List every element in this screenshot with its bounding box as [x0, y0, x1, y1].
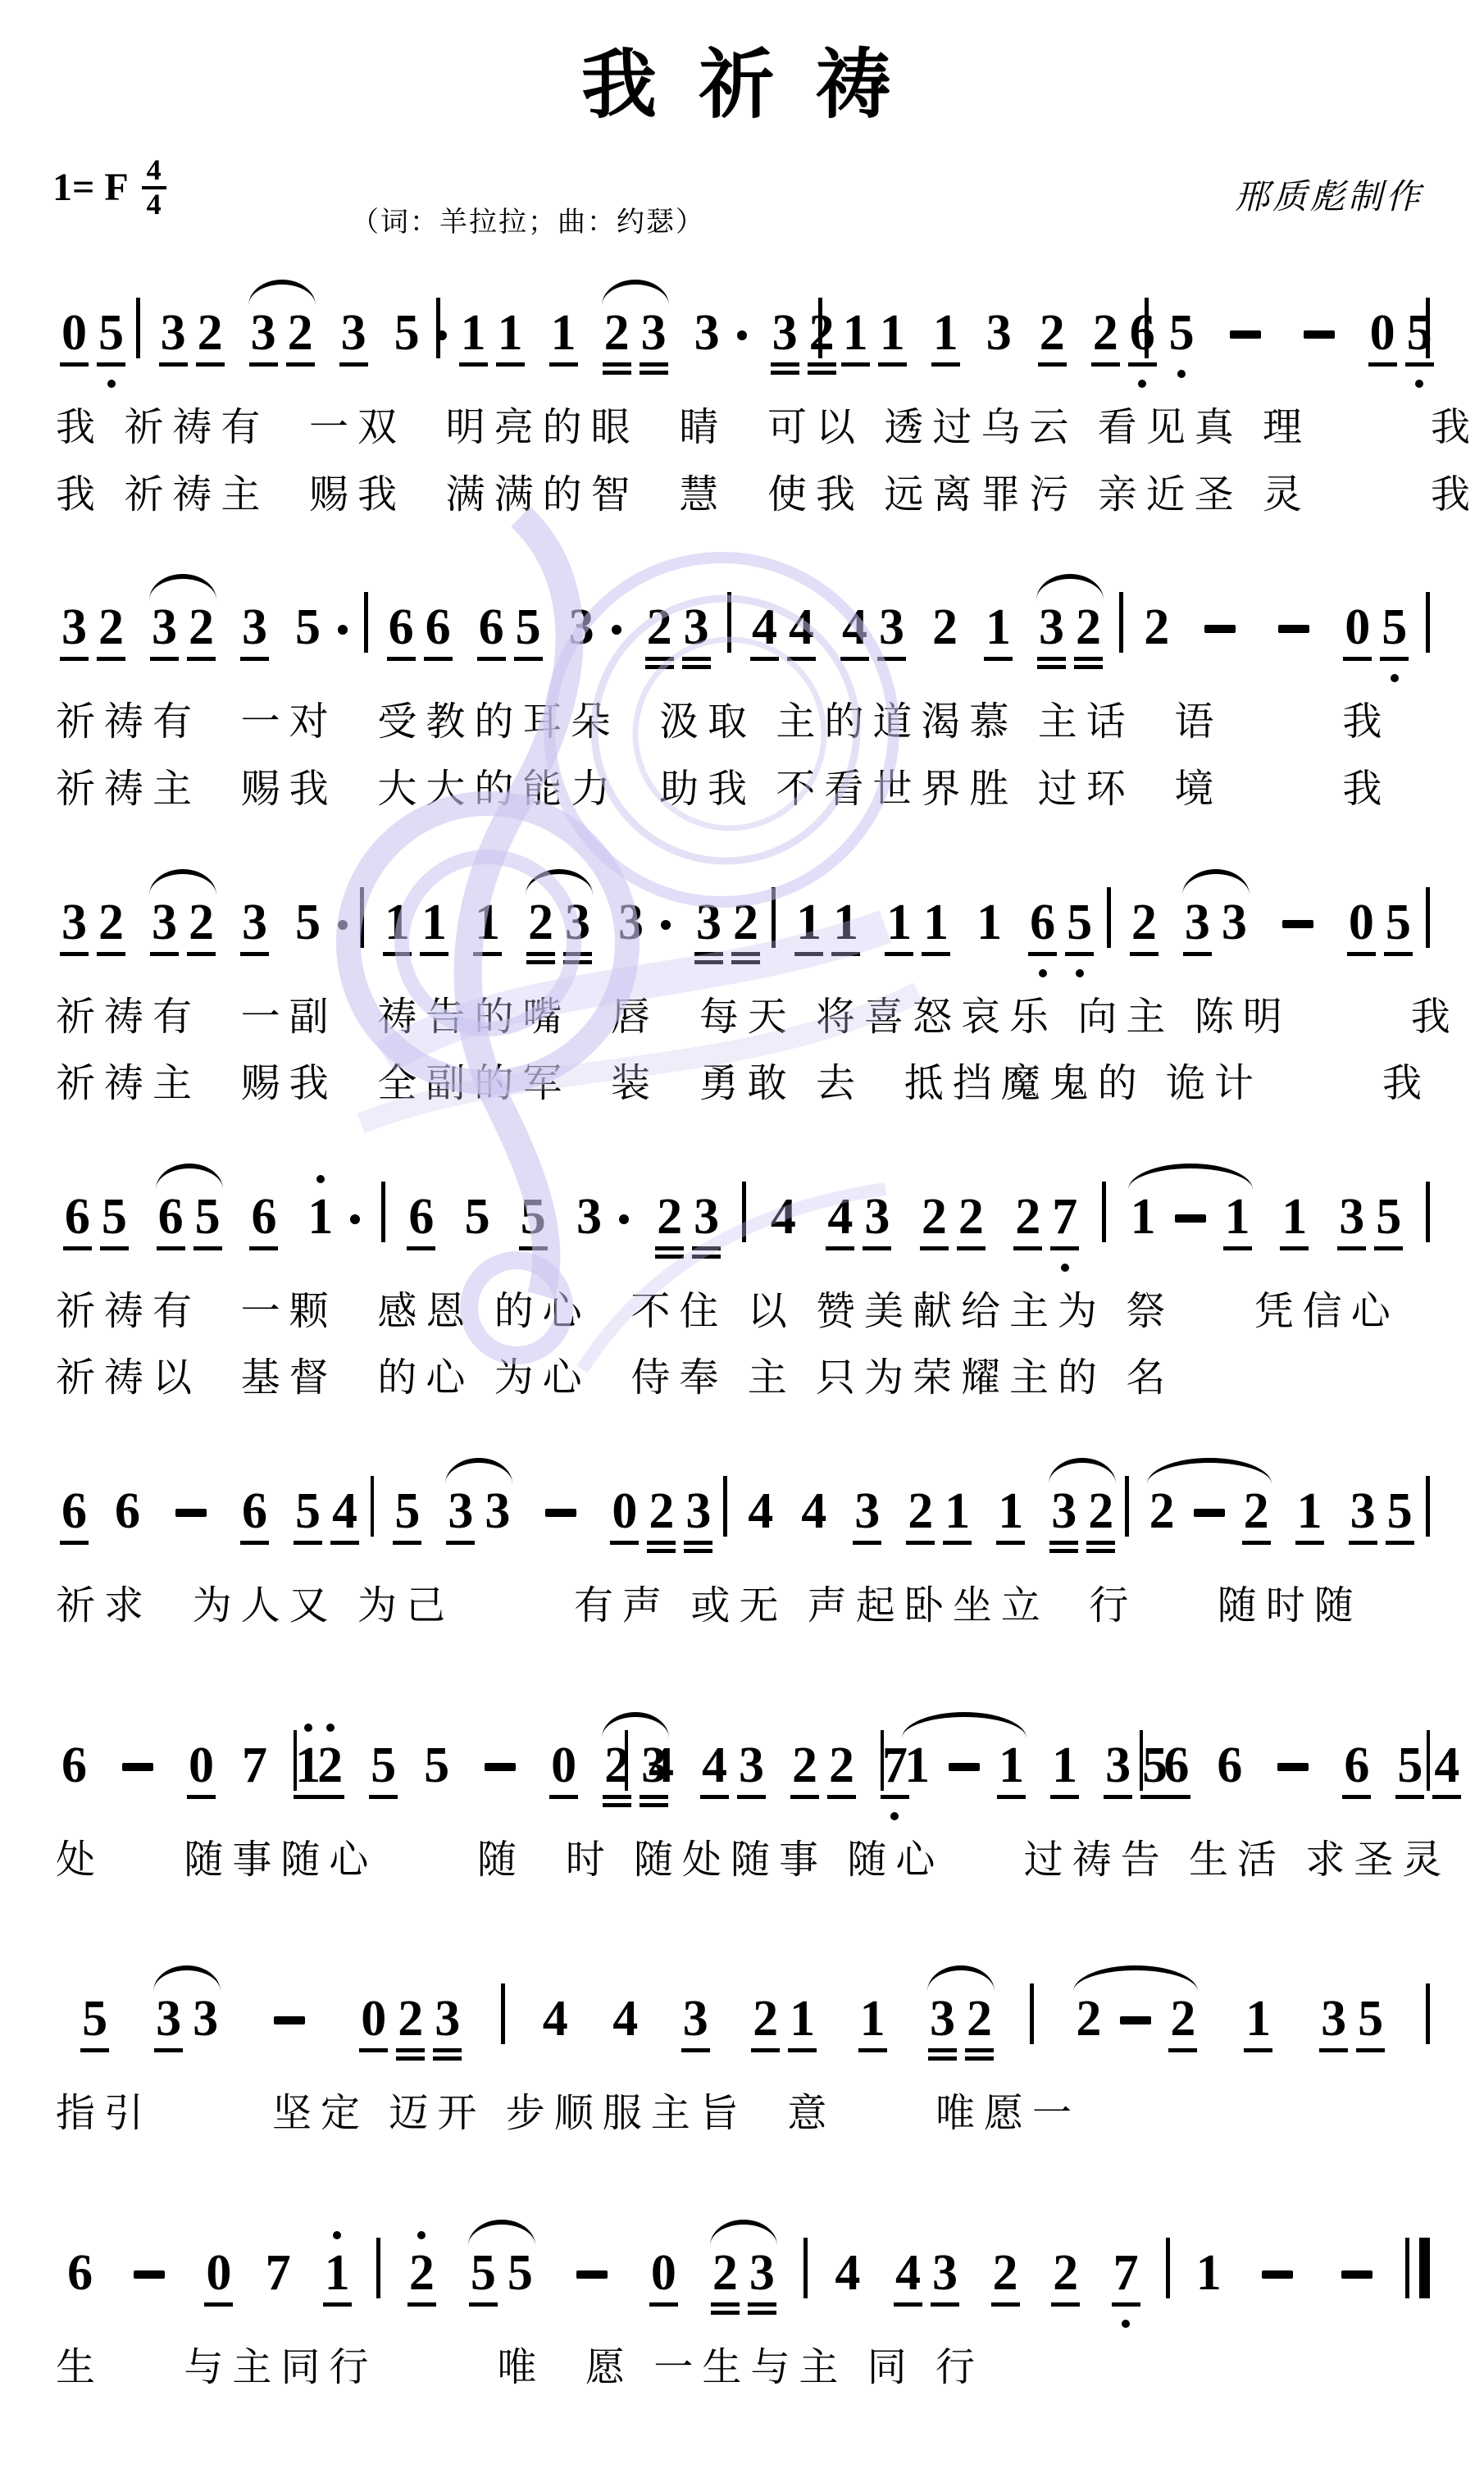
- note-group: [471, 1763, 529, 1791]
- note-number: 3: [152, 897, 177, 948]
- score-line: 656561655323443222711135祈祷有 一颗 感恩 的心 不住 …: [48, 1139, 1436, 1412]
- note: 1: [833, 897, 858, 948]
- note: 2: [649, 1486, 674, 1537]
- note: 3: [932, 2248, 958, 2298]
- note: 5: [1067, 897, 1092, 948]
- note-group: 1: [319, 2248, 356, 2298]
- note-number: 4: [702, 1740, 727, 1791]
- barline: [136, 298, 140, 358]
- note: 1: [843, 307, 868, 358]
- underline: [80, 2048, 109, 2052]
- note-number: 2: [604, 1740, 630, 1791]
- note-number: 6: [1030, 897, 1055, 948]
- note-group: [109, 1763, 166, 1791]
- note-number: 3: [685, 1486, 711, 1537]
- note-number: 4: [748, 1486, 773, 1537]
- measure: 11135: [1113, 1191, 1419, 1242]
- slur-group: 23: [707, 2248, 781, 2298]
- note: 0: [612, 1486, 637, 1537]
- underline: [640, 1795, 668, 1799]
- note: 6: [426, 602, 451, 653]
- underline: [383, 952, 412, 956]
- measure: 44432132: [738, 602, 1113, 653]
- note-number: 1: [307, 1191, 333, 1242]
- note-number: 2: [922, 1191, 947, 1242]
- note-number: 6: [408, 1191, 434, 1242]
- measure: 22135: [1136, 1486, 1420, 1537]
- note-number: 0: [612, 1486, 637, 1537]
- underline: [787, 657, 816, 661]
- note: 1: [385, 897, 410, 948]
- note: 1: [998, 1486, 1023, 1537]
- underline: [323, 2302, 352, 2307]
- note-group: [1217, 330, 1274, 358]
- note: 5: [1382, 602, 1407, 653]
- note-number: 2: [647, 602, 672, 653]
- barline: [501, 1983, 505, 2044]
- underline: [1028, 952, 1057, 956]
- note-group: 32: [690, 897, 764, 948]
- note: 3: [1350, 1486, 1376, 1537]
- underline-2: [655, 1255, 684, 1259]
- note: 5: [521, 1191, 546, 1242]
- underline: [1356, 2048, 1385, 2052]
- measure: 656561: [48, 1191, 375, 1242]
- underline: [396, 2048, 425, 2052]
- note-number: 1: [1196, 2248, 1222, 2298]
- note: 6: [1030, 897, 1055, 948]
- note-group: 32: [767, 307, 840, 358]
- underline: [549, 1795, 578, 1799]
- note-number: 5: [82, 1993, 107, 2044]
- low-octave-dot: [890, 1812, 899, 1820]
- note: 2: [1093, 307, 1118, 358]
- underline: [97, 362, 125, 367]
- barline: [1426, 1983, 1430, 2044]
- note-number: 2: [1131, 897, 1157, 948]
- slur-group: 23: [599, 307, 672, 358]
- underline: [751, 2048, 780, 2052]
- note-number: 3: [1222, 897, 1247, 948]
- slur-group: 32: [146, 897, 220, 948]
- underline: [387, 657, 416, 661]
- underline: [1037, 657, 1066, 661]
- augmentation-dot: [338, 625, 348, 635]
- underline: [931, 2302, 959, 2307]
- note-number: 1: [1297, 1486, 1322, 1537]
- augmentation-dot: [661, 920, 671, 930]
- note: 1: [1297, 1486, 1322, 1537]
- note-group: 4: [765, 1191, 802, 1242]
- note: 3: [864, 1191, 890, 1242]
- note-number: 5: [1169, 307, 1195, 358]
- underline-2: [748, 2311, 776, 2315]
- underline: [943, 1541, 972, 1545]
- notation-row: 5330234432113222135: [48, 1941, 1436, 2080]
- note-number: 6: [61, 1740, 87, 1791]
- note-group: 43: [836, 602, 910, 653]
- note-number: 3: [435, 1993, 460, 2044]
- note-group: [1291, 330, 1348, 358]
- note-number: 1: [1281, 1191, 1307, 1242]
- slur-group: 33: [442, 1486, 516, 1537]
- dash-note: [1120, 2016, 1151, 2024]
- note: 3: [694, 307, 720, 358]
- underline: [1337, 1246, 1366, 1250]
- note-group: 21: [747, 1993, 821, 2044]
- note: 5: [371, 1740, 396, 1791]
- underline: [1380, 657, 1409, 661]
- notation-row: 666545330234432113222135: [48, 1433, 1436, 1573]
- underline-2: [563, 960, 592, 964]
- note-group: 3: [563, 602, 625, 653]
- note-number: 3: [694, 1191, 719, 1242]
- note-number: 5: [1067, 897, 1092, 948]
- note: 4: [789, 602, 814, 653]
- note: 3: [193, 1993, 218, 2044]
- note-group: 1: [854, 1993, 891, 2044]
- note: 6: [61, 1486, 87, 1537]
- note-group: 11: [881, 897, 954, 948]
- underline: [1280, 1246, 1309, 1250]
- note: 3: [242, 897, 267, 948]
- note-group: 05: [1364, 307, 1438, 358]
- measure: 22135: [1040, 1993, 1419, 2044]
- note: 3: [986, 307, 1012, 358]
- underline: [649, 2302, 678, 2307]
- note-number: 3: [193, 1993, 218, 2044]
- notation-row: 323235666532344432132205: [48, 549, 1436, 689]
- note-number: 2: [189, 602, 214, 653]
- underline: [996, 1541, 1025, 1545]
- underline: [885, 952, 913, 956]
- underline: [853, 1541, 881, 1545]
- note: 3: [61, 602, 87, 653]
- note-number: 6: [65, 1191, 90, 1242]
- underline-2: [928, 2056, 957, 2061]
- note: 3: [152, 897, 177, 948]
- barline: [723, 1476, 727, 1537]
- barline: [376, 2238, 380, 2298]
- note: 6: [1217, 1740, 1242, 1791]
- note-group: 6: [236, 1486, 273, 1537]
- note-number: 6: [389, 602, 414, 653]
- note-group: 0: [200, 2248, 237, 2298]
- note: 1: [933, 307, 958, 358]
- note: 5: [516, 602, 541, 653]
- low-octave-dot: [1039, 969, 1047, 977]
- note: 2: [1088, 1486, 1113, 1537]
- note-group: 2: [1047, 2248, 1084, 2298]
- underline: [790, 1795, 819, 1799]
- note: 5: [82, 1993, 107, 2044]
- note-number: 2: [649, 1486, 674, 1537]
- note-group: 2: [312, 1740, 348, 1791]
- note-number: 3: [772, 307, 798, 358]
- note-number: 1: [461, 307, 486, 358]
- note: 2: [1244, 1486, 1269, 1537]
- note: 2: [189, 897, 214, 948]
- underline: [446, 1541, 475, 1545]
- note: 3: [1185, 897, 1210, 948]
- note: 1: [421, 897, 447, 948]
- note: 1: [986, 602, 1011, 653]
- note: 2: [288, 307, 313, 358]
- underline: [1384, 952, 1413, 956]
- score: 05323235111233321113226505我 祈祷有 一双 明亮的眼 …: [48, 255, 1436, 2401]
- underline: [1374, 1246, 1403, 1250]
- note-group: 43: [822, 1191, 895, 1242]
- note-number: 4: [801, 1486, 826, 1537]
- underline: [711, 2302, 740, 2307]
- note-group: 43: [890, 2248, 963, 2298]
- underline: [928, 2048, 957, 2052]
- note-group: 0: [545, 1740, 582, 1791]
- underline-2: [684, 1549, 712, 1553]
- note-number: 1: [796, 897, 822, 948]
- note-number: 2: [657, 1191, 682, 1242]
- note: 4: [702, 1740, 727, 1791]
- barline: [1166, 2238, 1170, 2298]
- note: 4: [801, 1486, 826, 1537]
- note-group: 1: [980, 602, 1017, 653]
- underline-2: [771, 371, 799, 375]
- underline: [863, 1246, 891, 1250]
- note-group: 6: [1211, 1740, 1248, 1791]
- measure: 11123332: [371, 897, 765, 948]
- note: 7: [242, 1740, 267, 1791]
- note: 2: [1144, 602, 1169, 653]
- note-group: [563, 2270, 621, 2298]
- note-group: 65: [1024, 897, 1098, 948]
- augmentation-dot: [737, 330, 747, 340]
- measure: 443227: [814, 2248, 1159, 2298]
- slur-group: 23: [522, 897, 596, 948]
- underline-2: [645, 665, 674, 669]
- dash-note: [485, 1763, 516, 1771]
- note-number: 3: [854, 1486, 880, 1537]
- note-number: 6: [115, 1486, 140, 1537]
- note: 5: [1169, 307, 1195, 358]
- note: 4: [835, 2248, 860, 2298]
- note-number: 1: [998, 1486, 1023, 1537]
- underline: [640, 362, 668, 367]
- note-number: 5: [521, 1191, 546, 1242]
- note: 3: [569, 602, 594, 653]
- slur-group: 22: [1070, 1993, 1201, 2044]
- note-number: 5: [1407, 307, 1432, 358]
- note: 1: [1131, 1191, 1156, 1242]
- underline: [519, 1246, 548, 1250]
- note: 4: [612, 1993, 638, 2044]
- dash-note: [134, 2270, 165, 2279]
- underline: [469, 2302, 498, 2307]
- note-group: 1: [927, 307, 964, 358]
- underline: [1168, 2048, 1197, 2052]
- underline: [1091, 362, 1120, 367]
- underline-2: [1049, 1549, 1078, 1553]
- note: 3: [242, 602, 267, 653]
- note-number: 3: [565, 897, 590, 948]
- note: 5: [1387, 1486, 1413, 1537]
- note-group: 5: [76, 1993, 113, 2044]
- note-group: 3: [677, 1993, 714, 2044]
- note-group: 6: [56, 1740, 93, 1791]
- note-number: 4: [543, 1993, 568, 2044]
- barline: [803, 2238, 808, 2298]
- note-number: 2: [967, 1993, 992, 2044]
- underline: [1013, 1246, 1042, 1250]
- dash-note: [1194, 1509, 1225, 1517]
- lyrics-row: 祈祷以 基督 的心 为心 侍奉 主 只为荣耀主的 名: [48, 1345, 1436, 1412]
- note-group: 11: [837, 307, 911, 358]
- note-number: 6: [61, 1486, 87, 1537]
- underline-2: [433, 2056, 462, 2061]
- note-group: 7: [260, 2248, 297, 2298]
- note: 1: [976, 897, 1002, 948]
- underline: [1086, 1541, 1115, 1545]
- note: 1: [796, 897, 822, 948]
- note: 1: [886, 897, 912, 948]
- note: 4: [771, 1191, 796, 1242]
- underline: [878, 362, 907, 367]
- underline: [1038, 362, 1067, 367]
- measure: 655323: [392, 1191, 735, 1242]
- note-number: 6: [251, 1191, 276, 1242]
- high-octave-dot: [304, 1724, 312, 1732]
- underline: [1050, 1246, 1079, 1250]
- note-number: 3: [930, 1993, 955, 2044]
- note-number: 1: [385, 897, 410, 948]
- measure: 44321132: [734, 1486, 1118, 1537]
- note-number: 1: [790, 1993, 815, 2044]
- note: 1: [1245, 1993, 1271, 2044]
- note-group: 5: [389, 1486, 426, 1537]
- note-group: 1: [469, 897, 506, 948]
- underline: [249, 362, 278, 367]
- measure: 205: [1130, 602, 1419, 653]
- measure: 1113226: [829, 307, 1138, 358]
- note: 4: [748, 1486, 773, 1537]
- note-number: 2: [604, 307, 630, 358]
- note-group: 2: [1138, 602, 1175, 653]
- note-group: 22: [786, 1740, 860, 1791]
- underline: [610, 1541, 639, 1545]
- note-number: 4: [842, 602, 867, 653]
- note: 1: [1281, 1191, 1307, 1242]
- underline: [1347, 952, 1376, 956]
- underline-2: [682, 665, 711, 669]
- note: 2: [712, 2248, 738, 2298]
- note: 3: [694, 1191, 719, 1242]
- note-group: 1: [1046, 1740, 1083, 1791]
- underline: [603, 362, 631, 367]
- note-number: 3: [1039, 602, 1064, 653]
- note-number: 1: [886, 897, 912, 948]
- measure: 05: [48, 307, 130, 358]
- note-number: 1: [833, 897, 858, 948]
- high-octave-dot: [326, 1724, 335, 1732]
- note: 2: [792, 1740, 817, 1791]
- slur-group: 32: [1033, 602, 1107, 653]
- lyrics-row: 祈祷有 一副 祷告的嘴 唇 每天 将喜怒哀乐 向主 陈明 我: [48, 984, 1436, 1051]
- note-number: 1: [1245, 1993, 1271, 2044]
- note-number: 5: [424, 1740, 449, 1791]
- underline: [240, 1541, 269, 1545]
- note-number: 5: [295, 1486, 321, 1537]
- note-number: 3: [161, 307, 186, 358]
- dash-note: [175, 1509, 207, 1517]
- underline: [150, 952, 179, 956]
- underline: [150, 657, 179, 661]
- note-number: 2: [1093, 307, 1118, 358]
- note: 4: [332, 1486, 357, 1537]
- underline: [957, 1246, 986, 1250]
- underline-2: [1037, 665, 1066, 669]
- note-number: 0: [1349, 897, 1374, 948]
- note-number: 3: [684, 602, 709, 653]
- note-group: 2: [926, 602, 963, 653]
- note-group: 3: [236, 602, 273, 653]
- underline: [700, 1795, 729, 1799]
- note-number: 3: [448, 1486, 473, 1537]
- note: 1: [790, 1993, 815, 2044]
- underline: [1049, 1541, 1078, 1545]
- note-number: 3: [1350, 1486, 1376, 1537]
- underline: [794, 952, 823, 956]
- underline: [984, 657, 1013, 661]
- augmentation-dot: [437, 330, 447, 340]
- underline: [997, 1795, 1026, 1799]
- note: 4: [895, 2248, 921, 2298]
- note-group: 23: [641, 602, 715, 653]
- note: 6: [389, 602, 414, 653]
- underline: [316, 1795, 344, 1799]
- underline: [858, 2048, 887, 2052]
- underline: [1395, 1795, 1424, 1799]
- note-group: 1: [545, 307, 582, 358]
- low-octave-dot: [1391, 674, 1399, 682]
- note-group: 6: [56, 1486, 93, 1537]
- dash-note: [122, 1763, 153, 1771]
- note-number: 2: [829, 1740, 854, 1791]
- underline: [1386, 1541, 1414, 1545]
- note: 4: [842, 602, 867, 653]
- note-number: 5: [371, 1740, 396, 1791]
- underline: [906, 1541, 935, 1545]
- note: 2: [809, 307, 835, 358]
- note-number: 2: [98, 602, 124, 653]
- note: 2: [922, 1191, 947, 1242]
- note-number: 3: [251, 307, 276, 358]
- note-group: 0: [645, 2248, 682, 2298]
- note-number: 3: [242, 897, 267, 948]
- note: 2: [198, 307, 223, 358]
- note: 3: [1222, 897, 1247, 948]
- underline: [424, 657, 453, 661]
- note-number: 2: [528, 897, 553, 948]
- note-number: 1: [933, 307, 958, 358]
- note: 5: [295, 602, 321, 653]
- note: 6: [115, 1486, 140, 1537]
- underline: [240, 657, 269, 661]
- barline: [1125, 1476, 1129, 1537]
- underline: [1130, 952, 1159, 956]
- measure: 6071: [48, 2248, 370, 2298]
- note: 0: [551, 1740, 576, 1791]
- note: 2: [1170, 1993, 1195, 2044]
- note-group: 32: [56, 897, 130, 948]
